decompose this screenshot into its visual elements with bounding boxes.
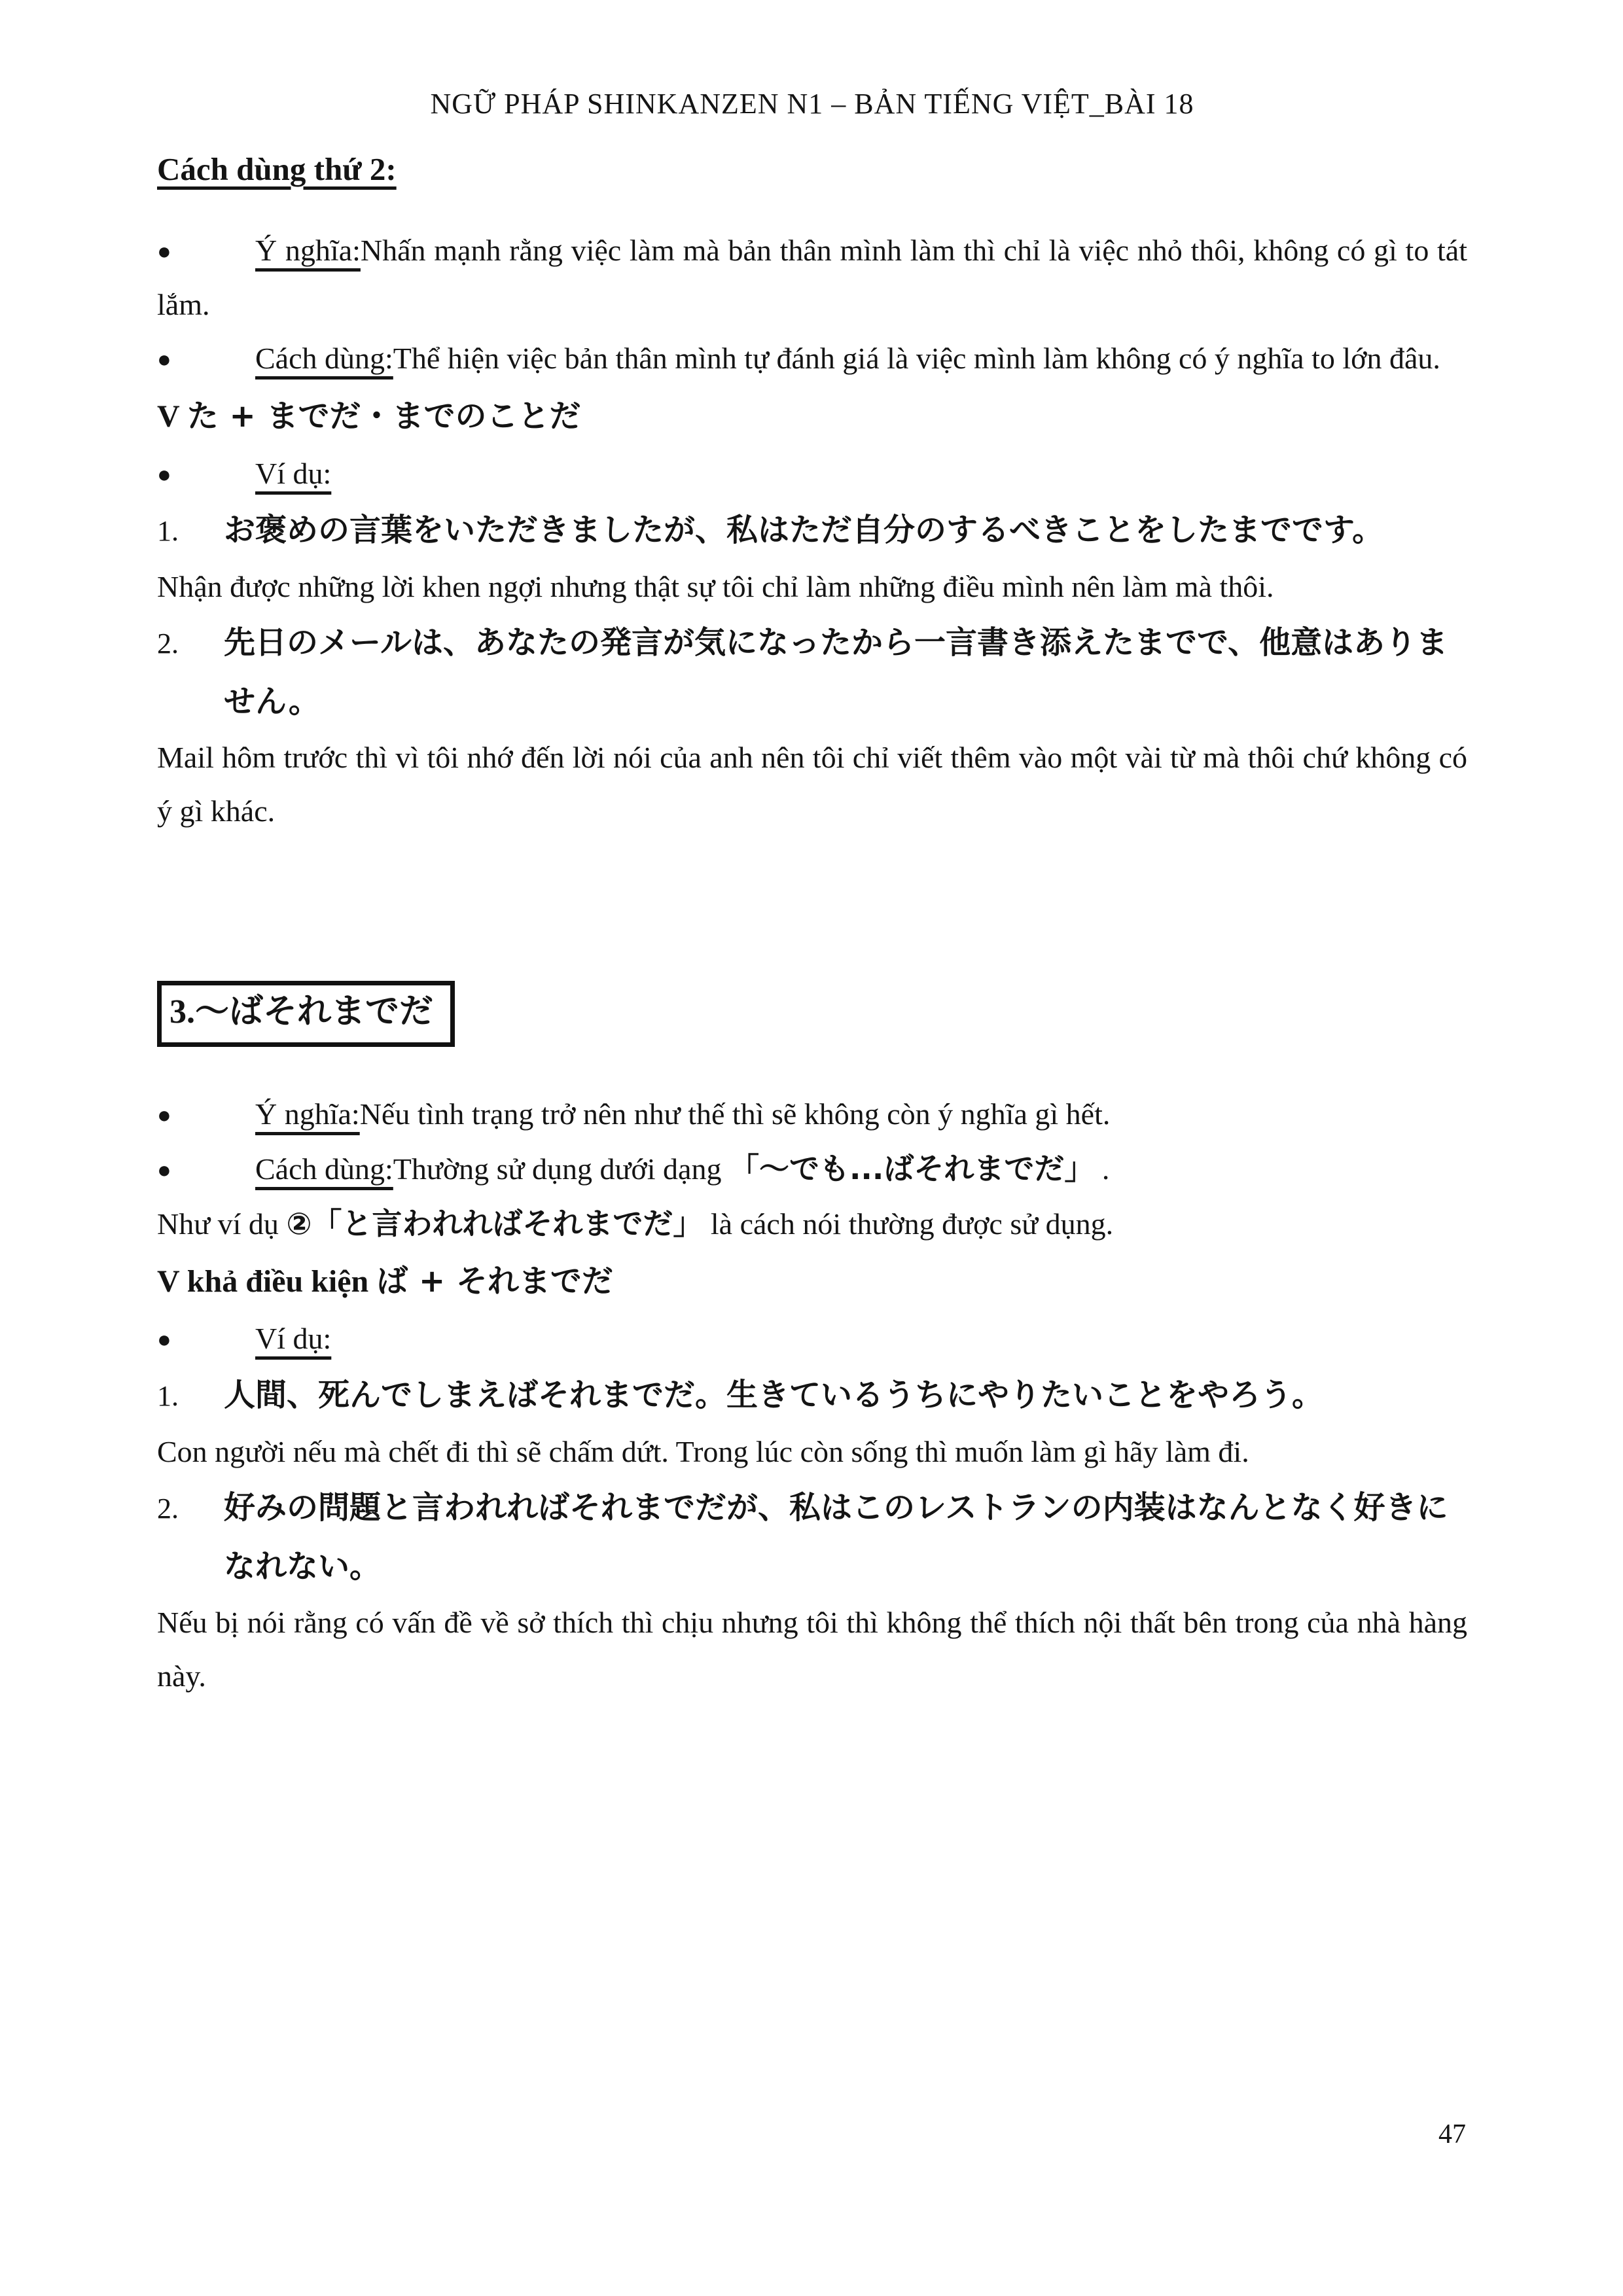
usage-label: Cách dùng:	[255, 342, 393, 375]
page-content: NGỮ PHÁP SHINKANZEN N1 – BẢN TIẾNG VIỆT_…	[157, 84, 1467, 1703]
usage2-example-2-vi: Mail hôm trước thì vì tôi nhớ đến lời nó…	[157, 731, 1467, 838]
usage-label: Cách dùng:	[255, 1152, 393, 1186]
document-page: NGỮ PHÁP SHINKANZEN N1 – BẢN TIẾNG VIỆT_…	[0, 0, 1623, 2296]
usage2-heading-text: Cách dùng thứ 2:	[157, 151, 397, 187]
section3-pattern: V khả điều kiện ば + それまでだ	[157, 1251, 1467, 1312]
page-header: NGỮ PHÁP SHINKANZEN N1 – BẢN TIẾNG VIỆT_…	[157, 84, 1467, 124]
meaning-label: Ý nghĩa:	[255, 1097, 360, 1131]
section3-example-1-jp: 1.人間、死んでしまえばそれまでだ。生きているうちにやりたいことをやろう。	[157, 1366, 1467, 1425]
note-vi-start: Như ví dụ	[157, 1207, 286, 1241]
bullet-icon: ●	[157, 1143, 255, 1197]
pattern-prefix: V khả điều kiện	[157, 1264, 376, 1299]
section3-box-row: 3.〜ばそれまでだ	[157, 838, 1467, 1087]
usage-text-end: .	[1094, 1152, 1109, 1186]
meaning-label: Ý nghĩa:	[255, 234, 361, 267]
usage2-example-bullet: ●Ví dụ:	[157, 447, 1467, 501]
usage2-example-2-jp: 2.先日のメールは、あなたの発言が気になったから一言書き添えたまでで、他意はあり…	[157, 614, 1467, 731]
section3-box-heading: 3.〜ばそれまでだ	[157, 981, 455, 1047]
example-label: Ví dụ:	[255, 1322, 331, 1355]
pattern-prefix: V	[157, 399, 187, 434]
page-number: 47	[1438, 2119, 1466, 2150]
usage2-usage-bullet: ●Cách dùng:Thể hiện việc bản thân mình t…	[157, 332, 1467, 386]
bullet-icon: ●	[157, 224, 255, 278]
usage-text-vi: Thường sử dụng dưới dạng	[393, 1152, 729, 1186]
example-jp-text: 好みの問題と言われればそれまでだが、私はこのレストランの内装はなんとなく好きにな…	[224, 1489, 1448, 1585]
bullet-icon: ●	[157, 1088, 255, 1142]
bullet-icon: ●	[157, 1313, 255, 1366]
pattern-jp: ば + それまでだ	[376, 1263, 613, 1299]
section3-example-1-vi: Con người nếu mà chết đi thì sẽ chấm dứt…	[157, 1425, 1467, 1479]
section3-note: Như ví dụ ②「と言われればそれまでだ」 là cách nói thư…	[157, 1197, 1467, 1251]
example-label: Ví dụ:	[255, 457, 331, 490]
section3-title-jp: 〜ばそれまでだ	[195, 992, 433, 1031]
section3-meaning-bullet: ●Ý nghĩa:Nếu tình trạng trở nên như thế …	[157, 1087, 1467, 1142]
usage2-heading: Cách dùng thứ 2:	[157, 147, 1467, 192]
usage2-example-1-jp: 1.お褒めの言葉をいただきましたが、私はただ自分のするべきことをしたまでです。	[157, 501, 1467, 560]
section3-usage-bullet: ●Cách dùng:Thường sử dụng dưới dạng 「〜でも…	[157, 1142, 1467, 1197]
pattern-jp: た + までだ・までのことだ	[187, 398, 581, 434]
usage-text: Thể hiện việc bản thân mình tự đánh giá …	[393, 342, 1440, 375]
usage2-pattern: V た + までだ・までのことだ	[157, 386, 1467, 447]
usage2-meaning-bullet: ●Ý nghĩa:Nhấn mạnh rằng việc làm mà bản …	[157, 224, 1467, 332]
example-number: 1.	[157, 1368, 224, 1425]
section3-example-2-vi: Nếu bị nói rằng có vấn đề về sở thích th…	[157, 1596, 1467, 1703]
example-number: 2.	[157, 615, 224, 673]
example-number: 1.	[157, 503, 224, 560]
note-vi-end: là cách nói thường được sử dụng.	[703, 1207, 1113, 1241]
example-jp-text: 先日のメールは、あなたの発言が気になったから一言書き添えたまでで、他意はありませ…	[224, 624, 1448, 720]
usage2-example-1-vi: Nhận được những lời khen ngợi nhưng thật…	[157, 560, 1467, 614]
example-jp-text: 人間、死んでしまえばそれまでだ。生きているうちにやりたいことをやろう。	[224, 1377, 1323, 1413]
example-number: 2.	[157, 1480, 224, 1538]
section3-number: 3.	[169, 993, 195, 1031]
bullet-icon: ●	[157, 332, 255, 386]
bullet-icon: ●	[157, 448, 255, 501]
example-jp-text: お褒めの言葉をいただきましたが、私はただ自分のするべきことをしたまでです。	[224, 512, 1383, 548]
meaning-text: Nếu tình trạng trở nên như thế thì sẽ kh…	[360, 1097, 1111, 1131]
usage-text-jp: 「〜でも...ばそれまでだ」	[729, 1151, 1094, 1186]
section3-example-bullet: ●Ví dụ:	[157, 1312, 1467, 1366]
section3-example-2-jp: 2.好みの問題と言われればそれまでだが、私はこのレストランの内装はなんとなく好き…	[157, 1479, 1467, 1596]
note-jp: ②「と言われればそれまでだ」	[286, 1206, 703, 1241]
